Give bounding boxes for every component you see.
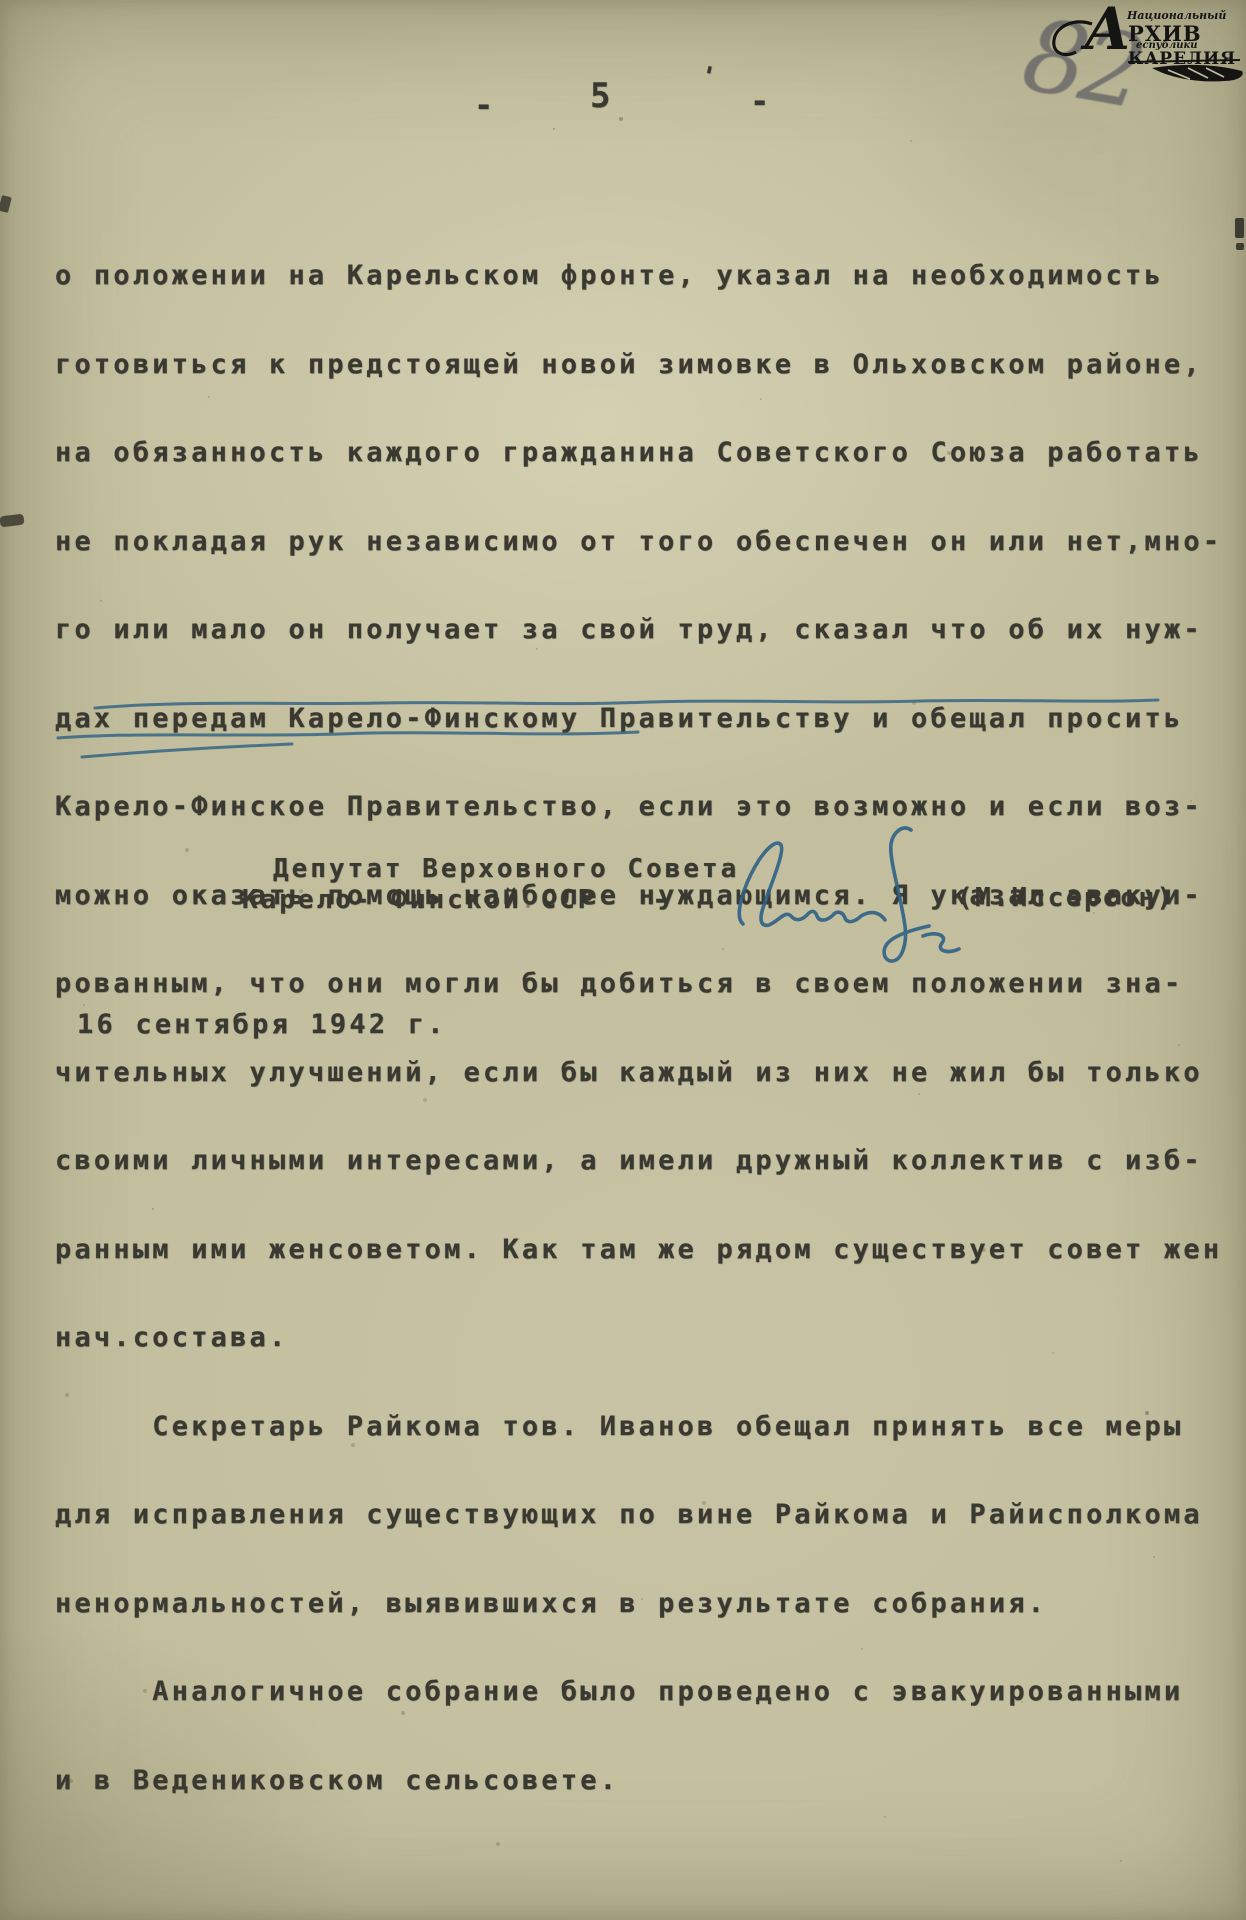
left-edge-mark: [0, 195, 12, 213]
text-line: чительных улучшений, если бы каждый из н…: [55, 1058, 1222, 1088]
text-line: Карело-Финское Правительство, если это в…: [55, 792, 1222, 822]
page-number-right-dash: -: [750, 82, 769, 120]
text-line: го или мало он получает за свой труд, ск…: [55, 615, 1222, 645]
text-line: ранным ими женсоветом. Как там же рядом …: [55, 1235, 1222, 1265]
page-number-left-dash: -: [474, 86, 493, 124]
text-line: ненормальностей, выявившихся в результат…: [55, 1589, 1222, 1619]
document-date: 16 сентября 1942 г.: [77, 1010, 447, 1040]
text-line: для исправления существующих по вине Рай…: [55, 1500, 1222, 1530]
text-line: рованным, что они могли бы добиться в св…: [55, 969, 1222, 999]
text-line: Аналогичное собрание было проведено с эв…: [55, 1677, 1222, 1707]
text-line: готовиться к предстоящей новой зимовке в…: [55, 350, 1222, 380]
right-margin-mark: [1235, 218, 1244, 238]
stray-tick-mark: ': [697, 61, 719, 94]
text-line: нач.состава.: [55, 1323, 1222, 1353]
signature-name: (М.Иссерсон): [957, 884, 1175, 914]
stamp-text-line4: КАРЕЛИЯ: [1128, 49, 1236, 69]
text-line: о положении на Карельском фронте, указал…: [55, 261, 1222, 291]
stamp-initial-letter: А: [1084, 0, 1131, 58]
left-edge-mark: [0, 514, 25, 528]
paper-texture-specks: [0, 0, 2, 2]
archive-stamp: А Национальный РХИВ еспублики КАРЕЛИЯ: [1040, 0, 1246, 100]
text-line: и в Ведениковском сельсовете.: [55, 1766, 1222, 1796]
text-line: не покладая рук независимо от того обесп…: [55, 527, 1222, 557]
text-line: Секретарь Райкома тов. Иванов обещал при…: [55, 1412, 1222, 1442]
pen-underline-annotation: [40, 672, 1210, 782]
right-margin-mark: [1236, 243, 1244, 250]
page-number: 5: [590, 76, 610, 116]
scanned-document-page: - 5 ' - 82 А Национальный РХИВ еспублики…: [0, 0, 1246, 1920]
text-line: на обязанность каждого гражданина Советс…: [55, 438, 1222, 468]
signature-title-line1: Депутат Верховного Совета: [273, 855, 739, 885]
text-line: своими личными интересами, а имели дружн…: [55, 1146, 1222, 1176]
signature-title-line2: Карело- Финской ССР -: [242, 886, 671, 916]
